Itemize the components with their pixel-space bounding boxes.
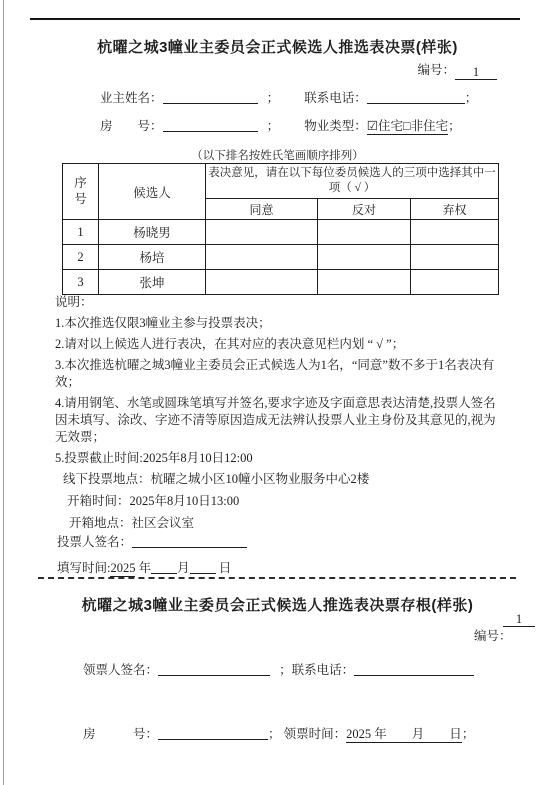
header-rule: [30, 18, 520, 20]
table-row: 3 张坤: [63, 270, 499, 295]
box-open-time: 开箱时间：2025年8月10日13:00: [55, 493, 507, 510]
room-number-label: 房 号：: [100, 119, 163, 133]
offline-vote-location: 线下投票地点：杭曜之城小区10幢小区物业服务中心2楼: [55, 471, 507, 488]
notes-section: 说明： 1.本次推选仅限3幢业主参与投票表决； 2.请对以上候选人进行表决，在其…: [55, 294, 507, 537]
stub-room-field[interactable]: [158, 726, 268, 740]
box-open-location: 开箱地点：社区会议室: [55, 515, 507, 532]
separator: ；: [268, 727, 281, 741]
owner-name-field[interactable]: [163, 90, 258, 104]
option-header-agree: 同意: [206, 199, 318, 220]
residence-option-label: 住宅: [378, 119, 403, 133]
ballot-number-label: 编号：: [417, 63, 455, 77]
note-item-4: 4.请用钢笔、水笔或圆珠笔填写并签名,要求字迹及字面意思表达清楚,投票人签名因未…: [55, 395, 507, 446]
seq-cell: 2: [63, 245, 99, 270]
sort-order-note: （以下排名按姓氏笔画顺序排列）: [0, 147, 555, 163]
scan-edge-line: [3, 0, 4, 785]
room-number-field[interactable]: [163, 118, 258, 132]
separator: ；: [267, 119, 280, 133]
vote-cell-1-abstain[interactable]: [411, 220, 499, 245]
table-row: 1 杨晓男: [63, 220, 499, 245]
month-suffix: 月: [177, 561, 190, 575]
option-header-oppose: 反对: [318, 199, 411, 220]
voter-signature-label: 投票人签名：: [57, 535, 132, 549]
candidate-name-cell: 杨晓男: [99, 220, 206, 245]
separator: ；: [462, 727, 475, 741]
non-residence-checkbox-icon[interactable]: □: [403, 119, 411, 133]
collector-signature-label: 领票人签名：: [83, 663, 158, 677]
collector-signature-field[interactable]: [158, 662, 270, 676]
note-item-3: 3.本次推选杭曜之城3幢业主委员会正式候选人为1名，“同意”数不多于1名表决有效…: [55, 357, 507, 391]
vote-cell-2-oppose[interactable]: [318, 245, 411, 270]
year-suffix: 年: [139, 561, 152, 575]
ballot-document-page: 杭曜之城3幢业主委员会正式候选人推选表决票(样张) 编号：1 业主姓名： ； 联…: [0, 0, 555, 785]
stub-title: 杭曜之城3幢业主委员会正式候选人推选表决票存根(样张): [0, 594, 555, 615]
stub-number-field[interactable]: 1: [503, 613, 535, 627]
seq-cell: 1: [63, 220, 99, 245]
fill-time-year-value[interactable]: 2025: [110, 561, 135, 577]
vote-cell-3-agree[interactable]: [206, 270, 318, 295]
stub-number-label: 编号：: [474, 629, 512, 643]
collect-time-value[interactable]: 2025 年 月 日: [346, 727, 462, 743]
stub-room-label: 房 号：: [83, 727, 158, 741]
fill-time-label: 填写时间:: [57, 561, 110, 575]
day-suffix: 日: [219, 561, 232, 575]
residence-checkbox-checked-icon[interactable]: ☑: [367, 119, 378, 133]
vote-cell-3-oppose[interactable]: [318, 270, 411, 295]
vote-cell-3-abstain[interactable]: [411, 270, 499, 295]
fill-time-month-field[interactable]: [151, 560, 177, 574]
vote-cell-1-agree[interactable]: [206, 220, 318, 245]
seq-cell: 3: [63, 270, 99, 295]
separator: ；: [465, 91, 478, 105]
separator: ；: [279, 663, 292, 677]
opinion-header: 表决意见，请在以下每位委员候选人的三项中选择其中一项（ √ ）: [206, 164, 499, 199]
voter-signature-field[interactable]: [132, 534, 247, 548]
collect-time-label: 领票时间：: [284, 727, 347, 741]
note-item-2: 2.请对以上候选人进行表决，在其对应的表决意见栏内划 “ √ ”；: [55, 336, 507, 353]
fill-time-day-field[interactable]: [190, 560, 216, 574]
phone-label: 联系电话：: [304, 91, 367, 105]
table-row: 2 杨培: [63, 245, 499, 270]
phone-field[interactable]: [367, 90, 465, 104]
property-type-label: 物业类型：: [304, 119, 367, 133]
note-item-1: 1.本次推选仅限3幢业主参与投票表决；: [55, 315, 507, 332]
ballot-number-field[interactable]: 1: [455, 66, 497, 80]
candidate-name-cell: 杨培: [99, 245, 206, 270]
candidates-table: 序号 候选人 表决意见，请在以下每位委员候选人的三项中选择其中一项（ √ ） 同…: [62, 163, 499, 295]
seq-column-header: 序号: [63, 164, 99, 220]
notes-title: 说明：: [55, 294, 507, 311]
candidate-name-cell: 张坤: [99, 270, 206, 295]
separator: ；: [448, 119, 461, 133]
vote-cell-2-abstain[interactable]: [411, 245, 499, 270]
vote-cell-1-oppose[interactable]: [318, 220, 411, 245]
ballot-title: 杭曜之城3幢业主委员会正式候选人推选表决票(样张): [0, 36, 555, 57]
vote-cell-2-agree[interactable]: [206, 245, 318, 270]
separator: ；: [267, 91, 280, 105]
non-residence-option-label: 非住宅: [411, 119, 449, 133]
cut-line: [38, 577, 516, 579]
owner-name-label: 业主姓名：: [100, 91, 163, 105]
candidate-column-header: 候选人: [99, 164, 206, 220]
note-item-5: 5.投票截止时间:2025年8月10日12:00: [55, 450, 507, 467]
stub-phone-label: 联系电话：: [292, 663, 355, 677]
option-header-abstain: 弃权: [411, 199, 499, 220]
stub-phone-field[interactable]: [354, 662, 474, 676]
